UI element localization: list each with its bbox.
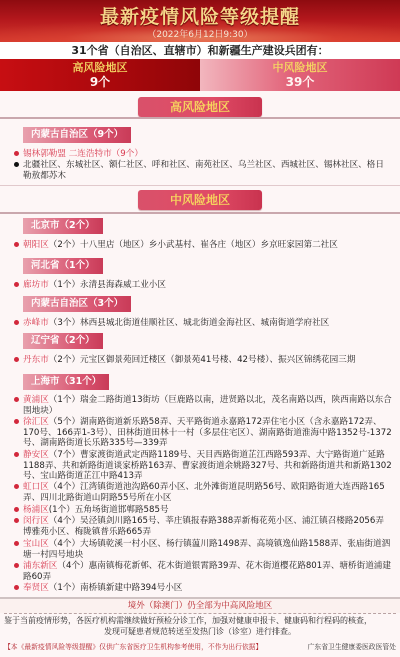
place-name: 丹东市: [23, 355, 49, 365]
place-name: 徐汇区: [23, 417, 49, 427]
list-item: 静安区（7个）曹家渡街道武定西路1189号、天目西路街道芷江西路593弄、大宁路…: [12, 450, 392, 482]
place-name: 浦东新区: [23, 561, 57, 571]
item-text: 北疆社区、东城社区、额仁社区、呼和社区、南苑社区、乌兰社区、西城社区、锡林社区、…: [23, 160, 384, 181]
place-name: 廊坊市: [23, 280, 49, 290]
medium-risk-section-banner: 中风险地区: [138, 190, 262, 210]
list-item: 宝山区（4个）大场镇乾溪一村小区、杨行镇蕰川路1498弄、高境镇逸仙路1588弄…: [12, 539, 392, 560]
page-title: 最新疫情风险等级提醒: [0, 2, 400, 29]
bullet-icon: [14, 452, 19, 457]
item-text: （4个）大场镇乾溪一村小区、杨行镇蕰川路1498弄、高境镇逸仙路1588弄、张庙…: [23, 539, 390, 560]
section-divider: [0, 185, 400, 186]
list-item: 朝阳区（2个）十八里店（地区）乡小武基村、崔各庄（地区）乡京旺家园第二社区: [12, 240, 392, 251]
bullet-icon: [14, 541, 19, 546]
bullet-icon: [14, 484, 19, 489]
list-item: 浦东新区（4个）惠南镇梅花新邨、花木街道银霄路39弄、花木街道樱花路801弄、塘…: [12, 561, 392, 582]
place-name: 锡林郭勒盟 二连浩特市（9个）: [23, 149, 143, 159]
place-name: 宝山区: [23, 539, 49, 549]
item-text: （5个）湖南路街道新乐路58弄、天平路街道永嘉路172弄住宅小区（含永嘉路172…: [23, 417, 392, 448]
list-item: 闵行区（4个）吴泾镇剑川路165号、莘庄镇报春路388弄新梅花苑小区、浦江镇召楼…: [12, 516, 392, 537]
place-name: 赤峰市: [23, 318, 49, 328]
item-text: （2个）十八里店（地区）乡小武基村、崔各庄（地区）乡京旺家园第二社区: [49, 240, 338, 250]
medium-risk-count-value: 39个: [200, 75, 400, 90]
overseas-notice: 境外（除澳门）仍全部为中高风险地区: [0, 599, 400, 613]
item-text: （4个）吴泾镇剑川路165号、莘庄镇报春路388弄新梅花苑小区、浦江镇召楼路20…: [23, 516, 384, 537]
province-header: 北京市（2个）: [23, 218, 103, 234]
high-risk-count-value: 9个: [0, 75, 200, 90]
item-text: （4个）江湾镇街道池沟路60弄小区、北外滩街道昆明路56号、欧阳路街道大连西路1…: [23, 482, 385, 503]
disclaimer-text: 【本《最新疫情风险等级提醒》仅供广东省医疗卫生机构参考使用，不作为出行依据】: [4, 640, 262, 654]
place-name: 杨浦区: [23, 505, 49, 515]
list-item: 锡林郭勒盟 二连浩特市（9个）: [12, 149, 392, 160]
bullet-icon: [14, 419, 19, 424]
bullet-icon: [14, 397, 19, 402]
page-header: 最新疫情风险等级提醒 （2022年6月12日9:30）: [0, 0, 400, 42]
list-item: 奉贤区（1个）南桥镇新建中路394号小区: [12, 583, 392, 594]
medium-risk-count-label: 中风险地区: [200, 61, 400, 75]
province-header: 河北省（1个）: [23, 258, 103, 274]
high-risk-count-box: 高风险地区 9个: [0, 59, 200, 91]
item-text: （4个）惠南镇梅花新邨、花木街道银霄路39弄、花木街道樱花路801弄、塘桥街道浦…: [23, 561, 391, 582]
place-name: 黄浦区: [23, 395, 49, 405]
list-item: 黄浦区（1个）瑞金二路街道13街坊（巨鹿路以南，进贤路以北，茂名南路以西，陕西南…: [12, 395, 392, 416]
high-risk-section-banner: 高风险地区: [138, 97, 262, 117]
bullet-icon: [14, 320, 19, 325]
bullet-icon: [14, 151, 19, 156]
risk-counts: 高风险地区 9个 中风险地区 39个: [0, 59, 400, 91]
advisory-line-1: 鉴于当前疫情形势，各医疗机构需继续做好预检分诊工作，加强对健康申报卡、健康码和行…: [4, 615, 396, 626]
place-name: 闵行区: [23, 516, 49, 526]
place-name: 朝阳区: [23, 240, 49, 250]
bullet-icon: [14, 518, 19, 523]
bullet-icon: [14, 357, 19, 362]
item-text: （3个）林西县城北街道佳顺社区、城北街道金海社区、城南街道学府社区: [49, 318, 329, 328]
list-item: 虹口区（4个）江湾镇街道池沟路60弄小区、北外滩街道昆明路56号、欧阳路街道大连…: [12, 482, 392, 503]
province-header: 内蒙古自治区（3个）: [23, 296, 131, 312]
bullet-icon: [14, 563, 19, 568]
advisory-line-2: 发现可疑患者规范转送至发热门诊（诊室）进行排查。: [4, 626, 396, 637]
page-footer: 【本《最新疫情风险等级提醒》仅供广东省医疗卫生机构参考使用，不作为出行依据】 广…: [4, 640, 396, 654]
dotted-divider: [4, 613, 396, 614]
list-item: 徐汇区（5个）湖南路街道新乐路58弄、天平路街道永嘉路172弄住宅小区（含永嘉路…: [12, 417, 392, 449]
section-divider: [0, 212, 400, 214]
province-header: 内蒙古自治区（9个）: [23, 127, 131, 143]
place-name: 静安区: [23, 450, 49, 460]
list-item: 杨浦区(1个）五角场街道邯郸路585号: [12, 505, 392, 516]
list-item: 丹东市（2个）元宝区御景苑回迁楼区（御景苑41号楼、42号楼）、振兴区锦绣花园三…: [12, 355, 392, 366]
item-text: （1个）南桥镇新建中路394号小区: [49, 583, 183, 593]
item-text: （1个）永清县海森威工业小区: [49, 280, 166, 290]
summary-line: 31个省（自治区、直辖市）和新疆生产建设兵团有：: [0, 42, 400, 59]
section-divider: [0, 117, 400, 119]
advisory-notice: 鉴于当前疫情形势，各医疗机构需继续做好预检分诊工作，加强对健康申报卡、健康码和行…: [4, 615, 396, 637]
bullet-icon: [14, 282, 19, 287]
province-header: 辽宁省（2个）: [23, 333, 103, 349]
item-text: （1个）瑞金二路街道13街坊（巨鹿路以南，进贤路以北，茂名南路以西，陕西南路以东…: [23, 395, 392, 416]
item-text: (1个）五角场街道邯郸路585号: [49, 505, 169, 515]
high-risk-count-label: 高风险地区: [0, 61, 200, 75]
list-item: 北疆社区、东城社区、额仁社区、呼和社区、南苑社区、乌兰社区、西城社区、锡林社区、…: [12, 160, 392, 181]
source-credit: 广东省卫生健康委医政医管处: [308, 640, 396, 654]
medium-risk-count-box: 中风险地区 39个: [200, 59, 400, 91]
list-item: 廊坊市（1个）永清县海森威工业小区: [12, 280, 392, 291]
list-item: 赤峰市（3个）林西县城北街道佳顺社区、城北街道金海社区、城南街道学府社区: [12, 318, 392, 329]
bullet-icon: [14, 507, 19, 512]
item-text: （2个）元宝区御景苑回迁楼区（御景苑41号楼、42号楼）、振兴区锦绣花园三期: [49, 355, 356, 365]
item-text: （7个）曹家渡街道武定西路1189号、天目西路街道芷江西路593弄、大宁路街道广…: [23, 450, 392, 481]
bullet-icon: [14, 242, 19, 247]
bullet-icon: [14, 585, 19, 590]
update-timestamp: （2022年6月12日9:30）: [0, 27, 400, 40]
place-name: 虹口区: [23, 482, 49, 492]
province-header: 上海市（31个）: [23, 374, 109, 390]
bullet-icon: [14, 162, 19, 167]
place-name: 奉贤区: [23, 583, 49, 593]
